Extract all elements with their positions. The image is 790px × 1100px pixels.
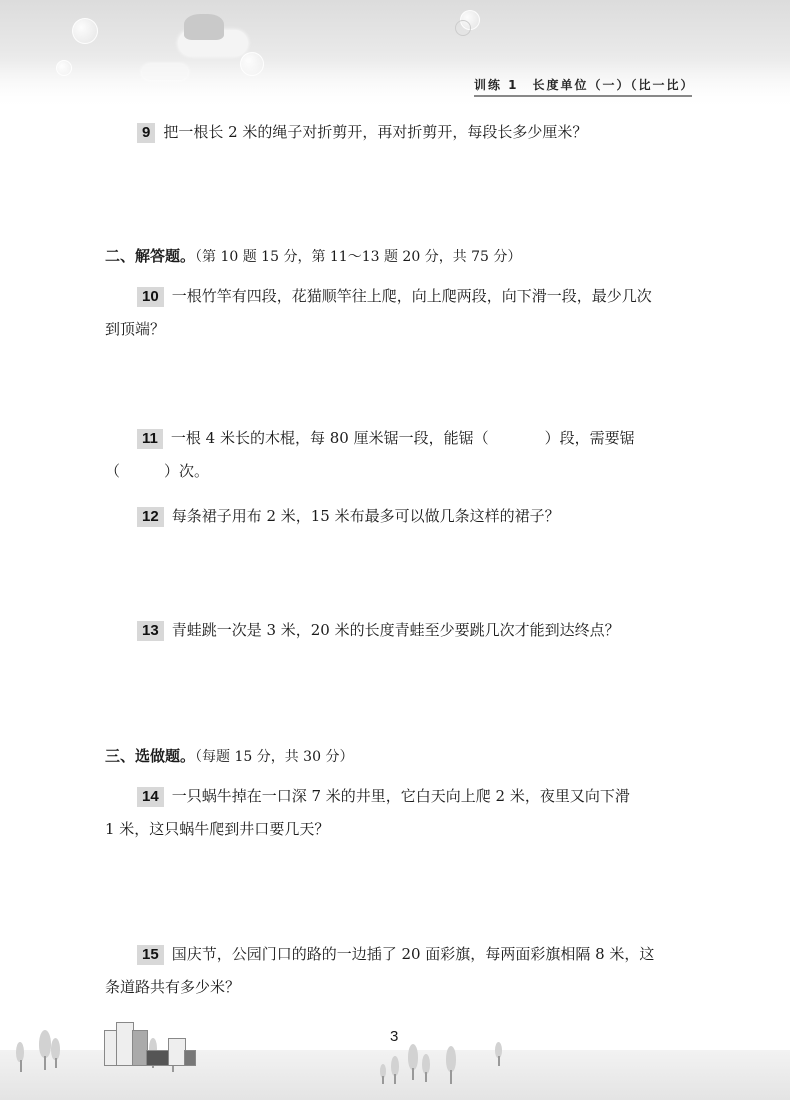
section-heading-2: 二、解答题。（第 10 题 15 分，第 11～13 题 20 分，共 75 分…	[105, 244, 521, 269]
bubble-decoration	[240, 52, 264, 76]
question-text-continued: 条道路共有多少米？	[105, 971, 697, 1004]
swirl-decoration	[455, 20, 471, 36]
lesson-title: 训练 1 长度单位（一）（比一比）	[474, 76, 692, 97]
section-note: （每题 15 分，共 30 分）	[195, 749, 353, 765]
question-11: 11一根 4 米长的木棍，每 80 厘米锯一段，能锯（）段，需要锯 （）次。	[105, 422, 697, 488]
section-title: 二、解答题。	[105, 247, 195, 265]
section-title: 三、选做题。	[105, 747, 195, 765]
bubble-decoration	[72, 18, 98, 44]
question-14: 14一只蜗牛掉在一口深 7 米的井里，它白天向上爬 2 米，夜里又向下滑 1 米…	[105, 780, 697, 846]
question-number-badge: 12	[137, 507, 164, 527]
question-12: 12每条裙子用布 2 米，15 米布最多可以做几条这样的裙子？	[105, 500, 697, 533]
question-text-continued: 到顶端？	[105, 313, 697, 346]
section-heading-3: 三、选做题。（每题 15 分，共 30 分）	[105, 744, 353, 769]
cartoon-figure-decoration	[184, 14, 224, 40]
bubble-decoration	[56, 60, 72, 76]
question-text: ）段，需要锯	[545, 429, 635, 447]
question-15: 15国庆节，公园门口的路的一边插了 20 面彩旗，每两面彩旗相隔 8 米，这 条…	[105, 938, 697, 1004]
question-number-badge: 10	[137, 287, 164, 307]
section-note: （第 10 题 15 分，第 11～13 题 20 分，共 75 分）	[195, 249, 521, 265]
question-text: ）次。	[164, 462, 209, 480]
question-number-badge: 14	[137, 787, 164, 807]
question-text: 一根竹竿有四段，花猫顺竿往上爬，向上爬两段，向下滑一段，最少几次	[172, 287, 652, 305]
houses-illustration	[104, 1024, 194, 1066]
question-text: （	[105, 462, 120, 480]
question-number-badge: 11	[137, 429, 163, 449]
question-9: 9把一根长 2 米的绳子对折剪开，再对折剪开，每段长多少厘米？	[105, 116, 697, 149]
question-text: 把一根长 2 米的绳子对折剪开，再对折剪开，每段长多少厘米？	[163, 123, 587, 141]
page-number: 3	[390, 1028, 398, 1045]
question-number-badge: 15	[137, 945, 164, 965]
question-number-badge: 13	[137, 621, 164, 641]
question-text: 国庆节，公园门口的路的一边插了 20 面彩旗，每两面彩旗相隔 8 米，这	[172, 945, 655, 963]
question-text: 一根 4 米长的木棍，每 80 厘米锯一段，能锯（	[171, 429, 489, 447]
question-text: 一只蜗牛掉在一口深 7 米的井里，它白天向上爬 2 米，夜里又向下滑	[172, 787, 630, 805]
question-13: 13青蛙跳一次是 3 米，20 米的长度青蛙至少要跳几次才能到达终点？	[105, 614, 697, 647]
question-text-continued: 1 米，这只蜗牛爬到井口要几天？	[105, 813, 697, 846]
question-text: 每条裙子用布 2 米，15 米布最多可以做几条这样的裙子？	[172, 507, 560, 525]
question-number-badge: 9	[137, 123, 155, 143]
cloud-decoration	[142, 64, 188, 80]
question-10: 10一根竹竿有四段，花猫顺竿往上爬，向上爬两段，向下滑一段，最少几次 到顶端？	[105, 280, 697, 346]
question-text: 青蛙跳一次是 3 米，20 米的长度青蛙至少要跳几次才能到达终点？	[172, 621, 620, 639]
